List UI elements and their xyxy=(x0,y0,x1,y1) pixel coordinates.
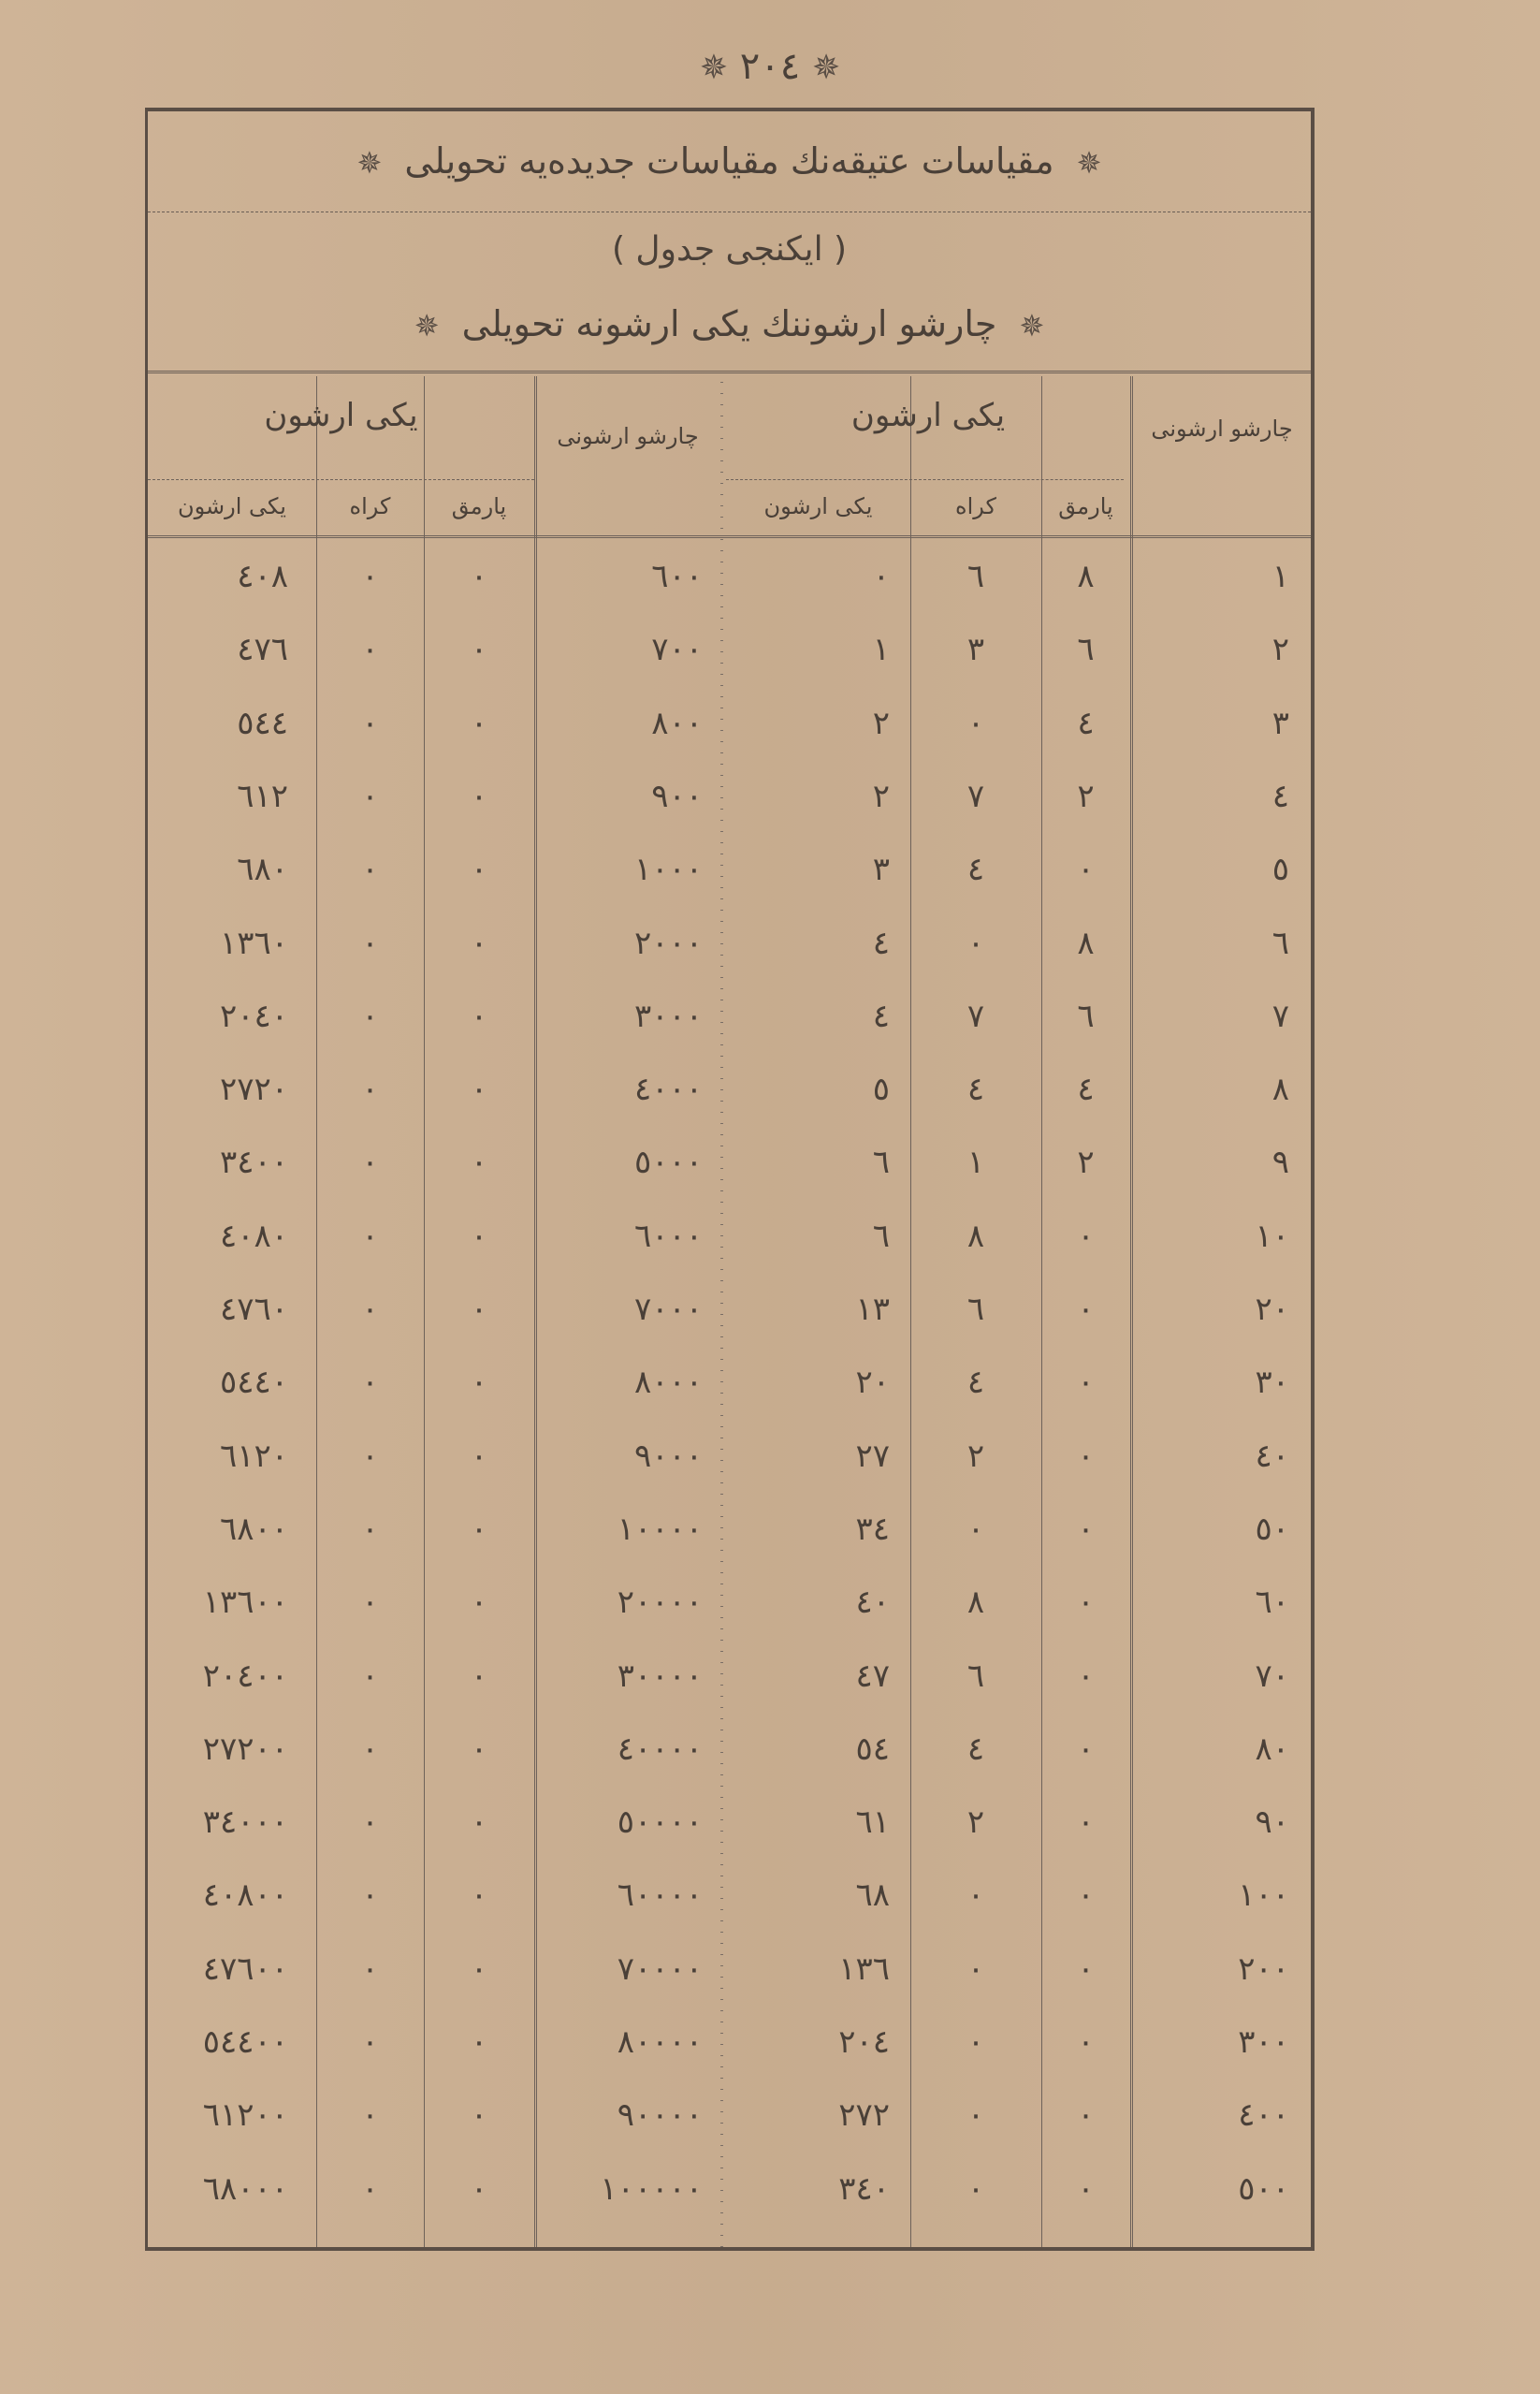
cell-parmak: ٠ xyxy=(424,1053,534,1126)
cell-carsu-arsun: ٢٠٠٠٠ xyxy=(534,1566,703,1639)
table-row: ٤٠٨٠٠٠٦٠٠٠٦٨٠١٠ xyxy=(148,1200,1311,1273)
cell-yeni-arsun: ٢٠ xyxy=(726,1346,890,1419)
cell-parmak: ٠ xyxy=(1041,1859,1130,1932)
cell-yeni-arsun: ٦ xyxy=(726,1126,890,1199)
cell-kerah: ٠ xyxy=(316,1933,424,2006)
cell-parmak: ٠ xyxy=(424,540,534,613)
cell-kerah: ٠ xyxy=(316,2153,424,2226)
cell-carsu-arsun: ٥٠٠٠٠ xyxy=(534,1786,703,1859)
cell-carsu-arsun: ١٠٠٠٠٠ xyxy=(534,2153,703,2226)
cell-parmak: ٨ xyxy=(1041,540,1130,613)
cell-kerah: ٠ xyxy=(316,687,424,760)
cell-parmak: ٠ xyxy=(1041,1566,1130,1639)
cell-yeni-arsun: ٥٤٤٠٠ xyxy=(148,2006,288,2079)
table-row: ٤٠٨٠٠٦٠٠٠٦٨١ xyxy=(148,540,1311,613)
cell-kerah: ٠ xyxy=(910,1493,1041,1566)
cell-yeni-arsun: ٣٤٠٠ xyxy=(148,1126,288,1199)
cell-kerah: ٠ xyxy=(910,2153,1041,2226)
cell-kerah: ٠ xyxy=(316,1640,424,1713)
cell-kerah: ٠ xyxy=(316,1713,424,1786)
table-title-text: چارشو ارشوننك یكی ارشونه تحویلی xyxy=(462,303,997,344)
header-bottom-divider xyxy=(148,535,1311,538)
cell-yeni-arsun: ٢٧٢ xyxy=(726,2079,890,2152)
ornament-star-icon: ✵ xyxy=(1077,145,1102,181)
cell-carsu-arsun: ٩٠٠٠ xyxy=(534,1420,703,1493)
cell-yeni-arsun: ٥٤ xyxy=(726,1713,890,1786)
cell-kerah: ٠ xyxy=(316,2006,424,2079)
cell-kerah: ٤ xyxy=(910,833,1041,906)
header-sub-yeni-right: یكی ارشون xyxy=(726,493,910,519)
cell-kerah: ٠ xyxy=(316,1786,424,1859)
cell-yeni-arsun: ٦٨ xyxy=(726,1859,890,1932)
cell-carsu-arsun: ٥ xyxy=(1130,833,1289,906)
cell-carsu-arsun: ٢٠ xyxy=(1130,1273,1289,1346)
cell-kerah: ٦ xyxy=(910,1273,1041,1346)
cell-yeni-arsun: ٤ xyxy=(726,907,890,980)
cell-carsu-arsun: ٥٠ xyxy=(1130,1493,1289,1566)
table-row: ٦٨٠٠٠٠٠١٠٠٠٠٠٣٤٠٠٠٥٠٠ xyxy=(148,2153,1311,2226)
cell-carsu-arsun: ٦٠٠٠ xyxy=(534,1200,703,1273)
cell-carsu-arsun: ٤٠٠٠٠ xyxy=(534,1713,703,1786)
cell-parmak: ٠ xyxy=(424,980,534,1053)
conversion-table: ✵ مقیاسات عتیقه‌نك مقیاسات جدیده‌یه تحوی… xyxy=(145,108,1315,2251)
table-subtitle: ( ایکنجی جدول ) xyxy=(148,230,1311,269)
cell-parmak: ٠ xyxy=(424,2006,534,2079)
table-row: ٢٠٤٠٠٠٠٣٠٠٠٠٤٧٦٠٧٠ xyxy=(148,1640,1311,1713)
cell-kerah: ٠ xyxy=(316,907,424,980)
table-row: ٤٠٨٠٠٠٠٦٠٠٠٠٦٨٠٠١٠٠ xyxy=(148,1859,1311,1932)
cell-parmak: ٢ xyxy=(1041,760,1130,833)
cell-kerah: ٠ xyxy=(316,1493,424,1566)
table-row: ١٣٦٠٠٠٠٢٠٠٠٠٤٠٨٠٦٠ xyxy=(148,1566,1311,1639)
cell-parmak: ٠ xyxy=(424,613,534,686)
cell-carsu-arsun: ٨ xyxy=(1130,1053,1289,1126)
cell-parmak: ٠ xyxy=(424,1713,534,1786)
cell-yeni-arsun: ٣ xyxy=(726,833,890,906)
ornament-star-icon: ✵ xyxy=(414,308,440,343)
page-number-value: ٢٠٤ xyxy=(740,45,800,88)
cell-kerah: ٠ xyxy=(316,1126,424,1199)
cell-parmak: ٠ xyxy=(424,1493,534,1566)
cell-parmak: ٠ xyxy=(1041,1493,1130,1566)
cell-carsu-arsun: ٧ xyxy=(1130,980,1289,1053)
cell-parmak: ٠ xyxy=(1041,1786,1130,1859)
cell-parmak: ٠ xyxy=(424,2079,534,2152)
table-row: ٦١٢٠٠٠٠٩٠٠٠٠٢٧٢٠٠٤٠٠ xyxy=(148,2079,1311,2152)
cell-parmak: ٠ xyxy=(424,687,534,760)
table-row: ٥٤٤٠٠٨٠٠٢٠٤٣ xyxy=(148,687,1311,760)
cell-yeni-arsun: ٦١٢٠٠ xyxy=(148,2079,288,2152)
cell-parmak: ٠ xyxy=(1041,1273,1130,1346)
cell-yeni-arsun: ٤٠٨ xyxy=(148,540,288,613)
cell-kerah: ٨ xyxy=(910,1200,1041,1273)
cell-yeni-arsun: ٢٧٢٠ xyxy=(148,1053,288,1126)
cell-parmak: ٤ xyxy=(1041,1053,1130,1126)
cell-carsu-arsun: ٨٠٠٠٠ xyxy=(534,2006,703,2079)
cell-carsu-arsun: ٤٠ xyxy=(1130,1420,1289,1493)
cell-carsu-arsun: ١٠٠٠٠ xyxy=(534,1493,703,1566)
cell-yeni-arsun: ٥ xyxy=(726,1053,890,1126)
cell-parmak: ٠ xyxy=(424,1859,534,1932)
table-row: ٢٠٤٠٠٠٣٠٠٠٤٧٦٧ xyxy=(148,980,1311,1053)
cell-carsu-arsun: ٣٠٠٠ xyxy=(534,980,703,1053)
cell-yeni-arsun: ٥٤٤٠ xyxy=(148,1346,288,1419)
cell-carsu-arsun: ٦ xyxy=(1130,907,1289,980)
table-row: ٣٤٠٠٠٠٥٠٠٠٦١٢٩ xyxy=(148,1126,1311,1199)
cell-kerah: ٧ xyxy=(910,980,1041,1053)
cell-kerah: ٠ xyxy=(316,1346,424,1419)
header-sub-parmak-left: پارمق xyxy=(424,493,534,519)
header-yeni-arsun-left: یكی ارشون xyxy=(148,397,534,434)
table-row: ٦١٢٠٠٠٩٠٠٠٢٧٢٠٤٠ xyxy=(148,1420,1311,1493)
table-row: ٦٨٠٠٠١٠٠٠٣٤٠٥ xyxy=(148,833,1311,906)
cell-carsu-arsun: ٤٠٠٠ xyxy=(534,1053,703,1126)
cell-parmak: ٦ xyxy=(1041,980,1130,1053)
main-title-band: ✵ مقیاسات عتیقه‌نك مقیاسات جدیده‌یه تحوی… xyxy=(148,111,1311,212)
cell-carsu-arsun: ٨٠٠ xyxy=(534,687,703,760)
cell-yeni-arsun: ٢٠٤ xyxy=(726,2006,890,2079)
table-row: ٦١٢٠٠٩٠٠٢٧٢٤ xyxy=(148,760,1311,833)
cell-kerah: ٠ xyxy=(316,1859,424,1932)
ornament-star-icon: ✵ xyxy=(812,49,840,87)
cell-yeni-arsun: ١ xyxy=(726,613,890,686)
cell-carsu-arsun: ٩٠٠٠٠ xyxy=(534,2079,703,2152)
table-row: ٢٧٢٠٠٠٠٤٠٠٠٠٥٤٤٠٨٠ xyxy=(148,1713,1311,1786)
table-row: ٢٧٢٠٠٠٤٠٠٠٥٤٤٨ xyxy=(148,1053,1311,1126)
cell-carsu-arsun: ٩٠٠ xyxy=(534,760,703,833)
cell-yeni-arsun: ٤٠٨٠ xyxy=(148,1200,288,1273)
cell-yeni-arsun: ٦٨٠ xyxy=(148,833,288,906)
cell-kerah: ٠ xyxy=(316,613,424,686)
cell-kerah: ٠ xyxy=(910,687,1041,760)
cell-carsu-arsun: ٦٠٠ xyxy=(534,540,703,613)
cell-yeni-arsun: ٦٨٠٠ xyxy=(148,1493,288,1566)
cell-carsu-arsun: ٧٠٠ xyxy=(534,613,703,686)
ornament-star-icon: ✵ xyxy=(700,49,728,87)
cell-carsu-arsun: ١٠٠٠ xyxy=(534,833,703,906)
cell-parmak: ٠ xyxy=(1041,1640,1130,1713)
cell-yeni-arsun: ٣٤٠٠٠ xyxy=(148,1786,288,1859)
cell-carsu-arsun: ٨٠٠٠ xyxy=(534,1346,703,1419)
cell-carsu-arsun: ٣٠٠٠٠ xyxy=(534,1640,703,1713)
cell-parmak: ٠ xyxy=(424,1640,534,1713)
ornament-star-icon: ✵ xyxy=(357,145,383,181)
cell-carsu-arsun: ٩٠ xyxy=(1130,1786,1289,1859)
cell-parmak: ٠ xyxy=(1041,1713,1130,1786)
cell-kerah: ٢ xyxy=(910,1786,1041,1859)
cell-yeni-arsun: ٣٤٠ xyxy=(726,2153,890,2226)
cell-kerah: ٠ xyxy=(316,1566,424,1639)
cell-yeni-arsun: ٦١٢ xyxy=(148,760,288,833)
cell-carsu-arsun: ٦٠٠٠٠ xyxy=(534,1859,703,1932)
cell-kerah: ٠ xyxy=(316,980,424,1053)
cell-carsu-arsun: ٨٠ xyxy=(1130,1713,1289,1786)
cell-carsu-arsun: ٢٠٠٠ xyxy=(534,907,703,980)
cell-kerah: ٠ xyxy=(316,1053,424,1126)
table-row: ٤٧٦٠٠٠٧٠٠٠١٣٦٠٢٠ xyxy=(148,1273,1311,1346)
cell-kerah: ٠ xyxy=(316,540,424,613)
cell-kerah: ٠ xyxy=(316,1273,424,1346)
main-title: مقیاسات عتیقه‌نك مقیاسات جدیده‌یه تحویلی xyxy=(404,140,1053,182)
cell-carsu-arsun: ٦٠ xyxy=(1130,1566,1289,1639)
header-yeni-arsun-right: یكی ارشون xyxy=(726,397,1130,434)
cell-parmak: ٠ xyxy=(424,1126,534,1199)
cell-kerah: ٨ xyxy=(910,1566,1041,1639)
table-row: ١٣٦٠٠٠٢٠٠٠٤٠٨٦ xyxy=(148,907,1311,980)
cell-parmak: ٤ xyxy=(1041,687,1130,760)
cell-yeni-arsun: ٠ xyxy=(726,540,890,613)
cell-carsu-arsun: ١ xyxy=(1130,540,1289,613)
cell-parmak: ٠ xyxy=(424,833,534,906)
table-row: ٥٤٤٠٠٠٨٠٠٠٢٠٤٠٣٠ xyxy=(148,1346,1311,1419)
cell-yeni-arsun: ٤٧٦٠٠ xyxy=(148,1933,288,2006)
cell-yeni-arsun: ٦ xyxy=(726,1200,890,1273)
cell-parmak: ٠ xyxy=(1041,1420,1130,1493)
cell-kerah: ٠ xyxy=(910,2079,1041,2152)
cell-carsu-arsun: ٧٠ xyxy=(1130,1640,1289,1713)
cell-kerah: ٠ xyxy=(316,1200,424,1273)
cell-parmak: ٠ xyxy=(1041,2006,1130,2079)
cell-parmak: ٠ xyxy=(424,1933,534,2006)
cell-kerah: ٤ xyxy=(910,1053,1041,1126)
cell-yeni-arsun: ٤٧٦ xyxy=(148,613,288,686)
cell-carsu-arsun: ٤ xyxy=(1130,760,1289,833)
cell-parmak: ٠ xyxy=(1041,2079,1130,2152)
table-row: ٤٧٦٠٠٧٠٠١٣٦٢ xyxy=(148,613,1311,686)
header-divider xyxy=(148,479,534,480)
cell-carsu-arsun: ١٠ xyxy=(1130,1200,1289,1273)
cell-parmak: ٠ xyxy=(424,907,534,980)
header-sub-kerah-right: كراه xyxy=(910,493,1041,519)
page-number: ✵ ٢٠٤ ✵ xyxy=(0,45,1540,88)
cell-carsu-arsun: ٤٠٠ xyxy=(1130,2079,1289,2152)
cell-kerah: ٧ xyxy=(910,760,1041,833)
header-sub-parmak-right: پارمق xyxy=(1041,493,1130,519)
cell-yeni-arsun: ٦١ xyxy=(726,1786,890,1859)
cell-carsu-arsun: ٥٠٠ xyxy=(1130,2153,1289,2226)
cell-parmak: ٨ xyxy=(1041,907,1130,980)
cell-parmak: ٢ xyxy=(1041,1126,1130,1199)
cell-kerah: ٣ xyxy=(910,613,1041,686)
cell-parmak: ٠ xyxy=(424,760,534,833)
cell-yeni-arsun: ٢٠٤٠ xyxy=(148,980,288,1053)
cell-kerah: ٤ xyxy=(910,1713,1041,1786)
cell-kerah: ٦ xyxy=(910,540,1041,613)
cell-parmak: ٠ xyxy=(424,1273,534,1346)
cell-yeni-arsun: ٢ xyxy=(726,687,890,760)
cell-parmak: ٦ xyxy=(1041,613,1130,686)
cell-carsu-arsun: ٣٠ xyxy=(1130,1346,1289,1419)
table-row: ٣٤٠٠٠٠٠٥٠٠٠٠٦١٢٠٩٠ xyxy=(148,1786,1311,1859)
cell-yeni-arsun: ٦١٢٠ xyxy=(148,1420,288,1493)
cell-yeni-arsun: ٥٤٤ xyxy=(148,687,288,760)
cell-yeni-arsun: ١٣٦ xyxy=(726,1933,890,2006)
cell-kerah: ٢ xyxy=(910,1420,1041,1493)
table-row: ٦٨٠٠٠٠١٠٠٠٠٣٤٠٠٥٠ xyxy=(148,1493,1311,1566)
cell-yeni-arsun: ٤٧٦٠ xyxy=(148,1273,288,1346)
cell-kerah: ٦ xyxy=(910,1640,1041,1713)
table-grid: یكی ارشون یكی ارشون كراه پارمق چارشو ارش… xyxy=(148,376,1311,2247)
header-sub-kerah-left: كراه xyxy=(316,493,424,519)
cell-kerah: ٠ xyxy=(316,1420,424,1493)
cell-yeni-arsun: ٤ xyxy=(726,980,890,1053)
cell-parmak: ٠ xyxy=(424,1200,534,1273)
cell-yeni-arsun: ٦٨٠٠٠ xyxy=(148,2153,288,2226)
table-title: ✵ چارشو ارشوننك یكی ارشونه تحویلی ✵ xyxy=(148,303,1311,344)
cell-yeni-arsun: ٤٠٨٠٠ xyxy=(148,1859,288,1932)
header-sub-yeni-left: یكی ارشون xyxy=(148,493,316,519)
cell-parmak: ٠ xyxy=(424,1346,534,1419)
cell-carsu-arsun: ٣٠٠ xyxy=(1130,2006,1289,2079)
cell-kerah: ٠ xyxy=(910,2006,1041,2079)
cell-kerah: ٤ xyxy=(910,1346,1041,1419)
header-divider xyxy=(726,479,1124,480)
cell-yeni-arsun: ١٣ xyxy=(726,1273,890,1346)
cell-parmak: ٠ xyxy=(1041,1200,1130,1273)
cell-yeni-arsun: ١٣٦٠٠ xyxy=(148,1566,288,1639)
cell-parmak: ٠ xyxy=(1041,833,1130,906)
cell-carsu-arsun: ٧٠٠٠ xyxy=(534,1273,703,1346)
cell-kerah: ٠ xyxy=(910,907,1041,980)
cell-yeni-arsun: ٤٠ xyxy=(726,1566,890,1639)
cell-carsu-arsun: ٣ xyxy=(1130,687,1289,760)
cell-carsu-arsun: ٢٠٠ xyxy=(1130,1933,1289,2006)
cell-kerah: ٠ xyxy=(316,833,424,906)
cell-carsu-arsun: ٧٠٠٠٠ xyxy=(534,1933,703,2006)
header-carsu-left: چارشو ارشونی xyxy=(534,423,721,449)
cell-yeni-arsun: ٤٧ xyxy=(726,1640,890,1713)
cell-yeni-arsun: ٣٤ xyxy=(726,1493,890,1566)
cell-parmak: ٠ xyxy=(424,2153,534,2226)
cell-parmak: ٠ xyxy=(424,1420,534,1493)
cell-kerah: ٠ xyxy=(910,1859,1041,1932)
cell-yeni-arsun: ١٣٦٠ xyxy=(148,907,288,980)
cell-parmak: ٠ xyxy=(424,1566,534,1639)
cell-carsu-arsun: ٢ xyxy=(1130,613,1289,686)
table-row: ٤٧٦٠٠٠٠٧٠٠٠٠١٣٦٠٠٢٠٠ xyxy=(148,1933,1311,2006)
cell-yeni-arsun: ٢ xyxy=(726,760,890,833)
table-title-band: ( ایکنجی جدول ) ✵ چارشو ارشوننك یكی ارشو… xyxy=(148,212,1311,373)
cell-yeni-arsun: ٢٧٢٠٠ xyxy=(148,1713,288,1786)
cell-carsu-arsun: ٩ xyxy=(1130,1126,1289,1199)
cell-parmak: ٠ xyxy=(1041,1346,1130,1419)
cell-parmak: ٠ xyxy=(424,1786,534,1859)
cell-parmak: ٠ xyxy=(1041,1933,1130,2006)
cell-kerah: ٠ xyxy=(316,760,424,833)
table-row: ٥٤٤٠٠٠٠٨٠٠٠٠٢٠٤٠٠٣٠٠ xyxy=(148,2006,1311,2079)
cell-carsu-arsun: ١٠٠ xyxy=(1130,1859,1289,1932)
header-carsu-right: چارشو ارشونی xyxy=(1130,416,1314,442)
ornament-star-icon: ✵ xyxy=(1019,308,1044,343)
cell-yeni-arsun: ٢٧ xyxy=(726,1420,890,1493)
cell-yeni-arsun: ٢٠٤٠٠ xyxy=(148,1640,288,1713)
cell-kerah: ٠ xyxy=(316,2079,424,2152)
cell-carsu-arsun: ٥٠٠٠ xyxy=(534,1126,703,1199)
cell-parmak: ٠ xyxy=(1041,2153,1130,2226)
cell-kerah: ١ xyxy=(910,1126,1041,1199)
cell-kerah: ٠ xyxy=(910,1933,1041,2006)
